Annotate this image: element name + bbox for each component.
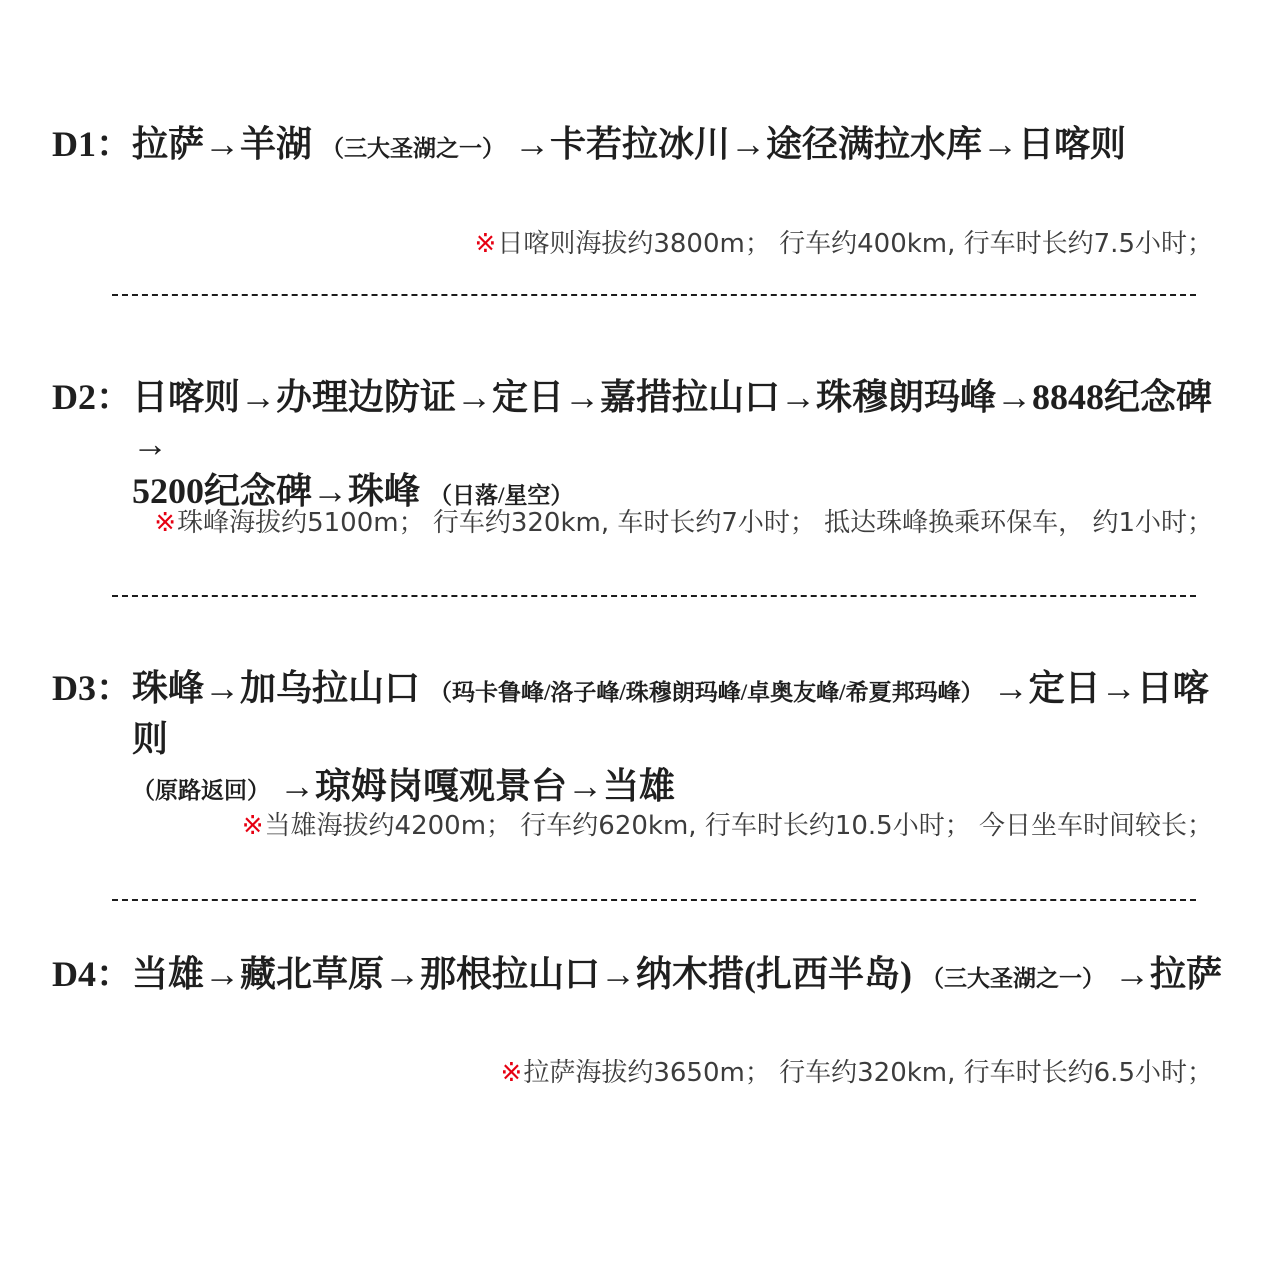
divider [112, 294, 1196, 296]
day2-route: 日喀则→办理边防证→定日→嘉措拉山口→珠穆朗玛峰→8848纪念碑→5200纪念碑… [132, 374, 1237, 519]
day3-route: 珠峰→加乌拉山口 （玛卡鲁峰/洛子峰/珠穆朗玛峰/卓奥友峰/希夏邦玛峰） →定日… [132, 665, 1237, 814]
day2-note: ※珠峰海拔约5100m； 行车约320km, 车时长约7小时； 抵达珠峰换乘环保… [52, 506, 1213, 540]
note-asterisk-icon: ※ [154, 508, 176, 538]
day4-label: D4： [52, 951, 132, 998]
day4-note-text: 拉萨海拔约3650m； 行车约320km, 行车时长约6.5小时； [523, 1058, 1213, 1088]
route-segment-small: （玛卡鲁峰/洛子峰/珠穆朗玛峰/卓奥友峰/希夏邦玛峰） [429, 680, 984, 705]
route-segment: 拉萨→羊湖 [132, 124, 321, 164]
day3-note: ※当雄海拔约4200m； 行车约620km, 行车时长约10.5小时； 今日坐车… [52, 809, 1213, 843]
route-segment: →拉萨 [1105, 954, 1222, 994]
day4-route: 当雄→藏北草原→那根拉山口→纳木措(扎西半岛) （三大圣湖之一） →拉萨 [132, 951, 1237, 1002]
note-asterisk-icon: ※ [242, 811, 264, 841]
day1-route: 拉萨→羊湖 （三大圣湖之一） →卡若拉冰川→途径满拉水库→日喀则 [132, 121, 1237, 172]
day2-note-text: 珠峰海拔约5100m； 行车约320km, 车时长约7小时； 抵达珠峰换乘环保车… [177, 508, 1213, 538]
note-asterisk-icon: ※ [501, 1058, 523, 1088]
day3-note-text: 当雄海拔约4200m； 行车约620km, 行车时长约10.5小时； 今日坐车时… [265, 811, 1213, 841]
route-segment: 当雄→藏北草原→那根拉山口→纳木措(扎西半岛) [132, 954, 921, 994]
day3-title: D3： 珠峰→加乌拉山口 （玛卡鲁峰/洛子峰/珠穆朗玛峰/卓奥友峰/希夏邦玛峰）… [52, 665, 1237, 814]
route-segment: →卡若拉冰川→途径满拉水库→日喀则 [505, 124, 1126, 164]
route-segment: 5200纪念碑→珠峰 [132, 471, 429, 511]
day1-title: D1： 拉萨→羊湖 （三大圣湖之一） →卡若拉冰川→途径满拉水库→日喀则 [52, 121, 1237, 172]
day1-label: D1： [52, 121, 132, 168]
day4-note: ※拉萨海拔约3650m； 行车约320km, 行车时长约6.5小时； [52, 1056, 1213, 1090]
route-segment-small: （原路返回） [132, 778, 270, 803]
note-asterisk-icon: ※ [475, 229, 497, 259]
day3-label: D3： [52, 665, 132, 712]
day4-title: D4： 当雄→藏北草原→那根拉山口→纳木措(扎西半岛) （三大圣湖之一） →拉萨 [52, 951, 1237, 1002]
route-segment: 珠峰→加乌拉山口 [132, 668, 429, 708]
divider [112, 899, 1196, 901]
route-segment-small: （三大圣湖之一） [921, 966, 1105, 991]
route-segment: 日喀则→办理边防证→定日→嘉措拉山口→珠穆朗玛峰→8848纪念碑→ [132, 377, 1212, 464]
day2-label: D2： [52, 374, 132, 421]
route-segment-small: （三大圣湖之一） [321, 136, 505, 161]
route-segment: →琼姆岗嘎观景台→当雄 [270, 766, 675, 806]
day1-note-text: 日喀则海拔约3800m； 行车约400km, 行车时长约7.5小时； [497, 229, 1213, 259]
day2-title: D2： 日喀则→办理边防证→定日→嘉措拉山口→珠穆朗玛峰→8848纪念碑→520… [52, 374, 1237, 519]
route-segment-small: （日落/星空） [429, 483, 573, 508]
day1-note: ※日喀则海拔约3800m； 行车约400km, 行车时长约7.5小时； [52, 227, 1213, 261]
itinerary-document: D1： 拉萨→羊湖 （三大圣湖之一） →卡若拉冰川→途径满拉水库→日喀则 ※日喀… [0, 0, 1265, 1265]
divider [112, 595, 1196, 597]
